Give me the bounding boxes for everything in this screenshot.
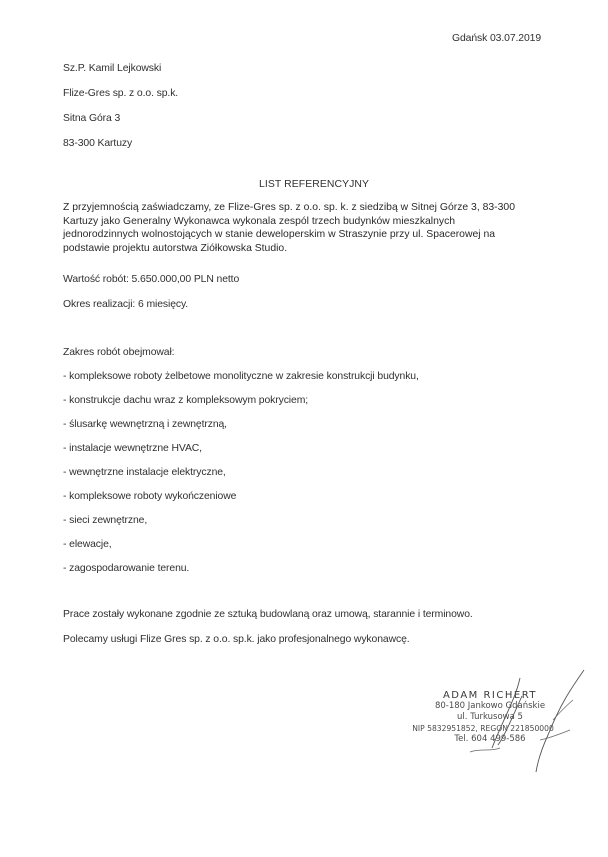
stamp-phone: Tel. 604 499-586: [400, 734, 580, 745]
stamp-tax-ids: NIP 5832951852, REGON 221850000: [386, 723, 580, 734]
scanned-letter-page: Gdańsk 03.07.2019 Sz.P. Kamil Lejkowski …: [0, 0, 608, 857]
scope-item: - wewnętrzne instalacje elektryczne,: [63, 466, 226, 479]
stamp-address-street: ul. Turkusowa 5: [400, 712, 580, 723]
stamp-name: ADAM RICHERT: [400, 690, 580, 701]
scope-heading: Zakres robót obejmował:: [63, 346, 174, 359]
contract-value: Wartość robót: 5.650.000,00 PLN netto: [63, 273, 239, 286]
closing-line-recommendation: Polecamy usługi Flize Gres sp. z o.o. sp…: [63, 633, 410, 646]
recipient-name: Sz.P. Kamil Lejkowski: [63, 62, 161, 75]
scope-item: - zagospodarowanie terenu.: [63, 562, 189, 575]
scope-item: - kompleksowe roboty wykończeniowe: [63, 490, 236, 503]
recipient-city: 83-300 Kartuzy: [63, 137, 132, 150]
company-stamp: ADAM RICHERT 80-180 Jankowo Gdańskie ul.…: [400, 690, 580, 745]
scope-item: - elewacje,: [63, 538, 112, 551]
letter-date: Gdańsk 03.07.2019: [452, 32, 541, 45]
letter-title: LIST REFERENCYJNY: [0, 178, 608, 191]
realization-period: Okres realizacji: 6 miesięcy.: [63, 298, 188, 311]
scope-item: - sieci zewnętrzne,: [63, 514, 147, 527]
recipient-street: Sitna Góra 3: [63, 112, 120, 125]
stamp-address-city: 80-180 Jankowo Gdańskie: [400, 701, 580, 712]
intro-paragraph: Z przyjemnością zaświadczamy, ze Flize-G…: [63, 200, 493, 257]
recipient-company: Flize-Gres sp. z o.o. sp.k.: [63, 87, 178, 100]
scope-item: - ślusarkę wewnętrzną i zewnętrzną,: [63, 418, 227, 431]
scope-item: - kompleksowe roboty żelbetowe monolityc…: [63, 370, 419, 383]
closing-line-quality: Prace zostały wykonane zgodnie ze sztuką…: [63, 608, 473, 621]
scope-item: - konstrukcje dachu wraz z kompleksowym …: [63, 394, 308, 407]
scope-item: - instalacje wewnętrzne HVAC,: [63, 442, 202, 455]
